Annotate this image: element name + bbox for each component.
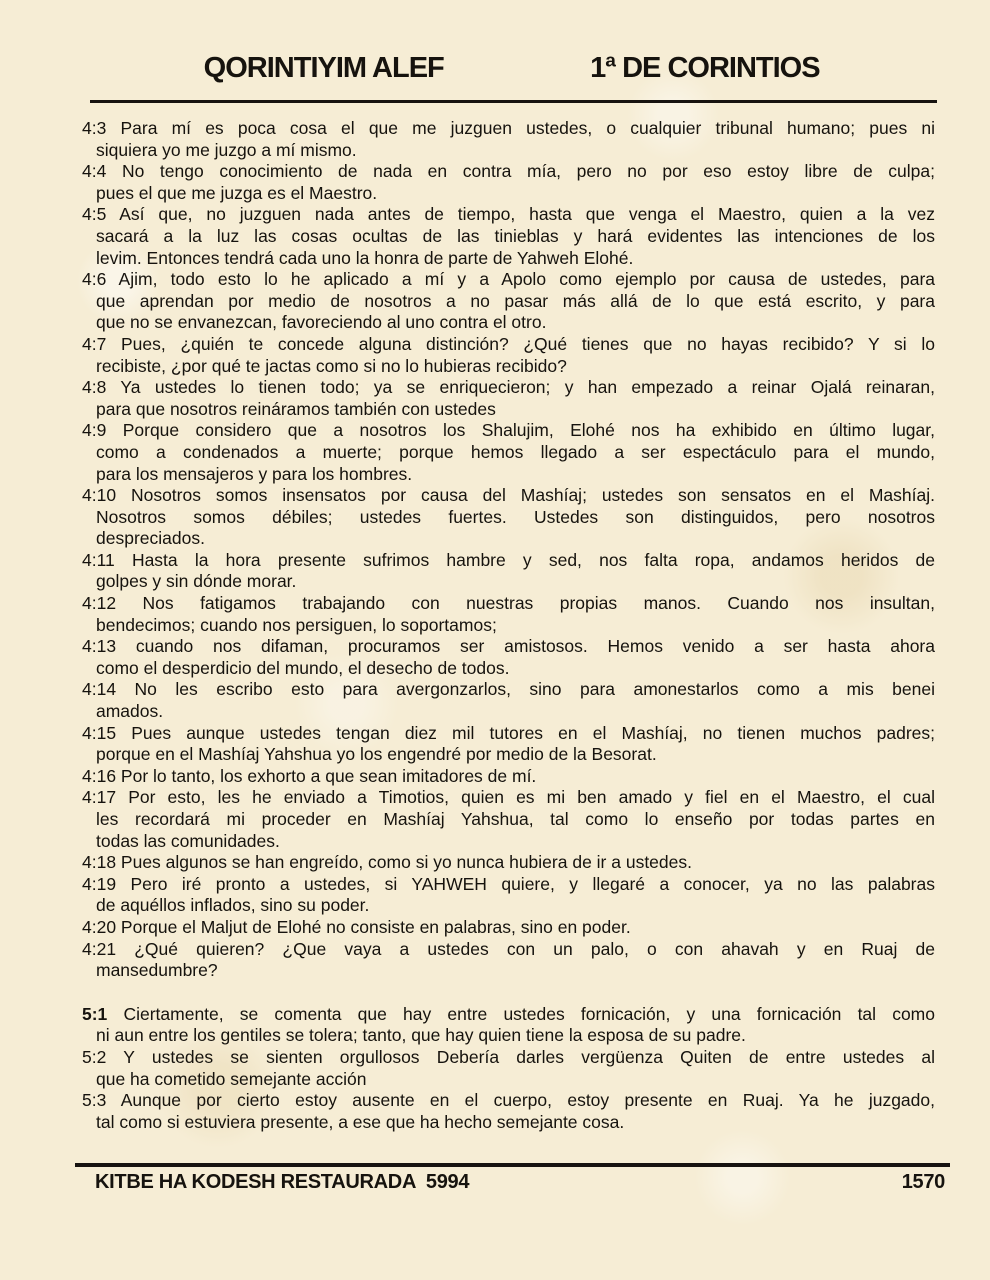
verse-line: sacará a la luz las cosas ocultas de las… <box>82 226 935 248</box>
verse-paragraph: 4:18 Pues algunos se han engreído, como … <box>82 852 935 874</box>
verse-line: recibiste, ¿por qué te jactas como si no… <box>82 356 935 378</box>
verse-paragraph: 5:3 Aunque por cierto estoy ausente en e… <box>82 1090 935 1133</box>
verse-line: 4:6 Ajim, todo esto lo he aplicado a mí … <box>82 269 935 291</box>
verse-line: 4:15 Pues aunque ustedes tengan diez mil… <box>82 723 935 745</box>
verse-ref: 4:11 <box>82 550 115 570</box>
verse-line: mansedumbre? <box>82 960 935 982</box>
verse-ref: 4:7 <box>82 334 106 354</box>
verse-ref: 4:19 <box>82 874 116 894</box>
verse-line: 4:3 Para mí es poca cosa el que me juzgu… <box>82 118 935 140</box>
document-page: QORINTIYIM ALEF 1ª DE CORINTIOS 4:3 Para… <box>0 0 990 1280</box>
verse-paragraph: 4:5 Así que, no juzguen nada antes de ti… <box>82 204 935 269</box>
verse-paragraph: 4:10 Nosotros somos insensatos por causa… <box>82 485 935 550</box>
verse-line: golpes y sin dónde morar. <box>82 571 935 593</box>
verse-line: despreciados. <box>82 528 935 550</box>
verse-line: 4:18 Pues algunos se han engreído, como … <box>82 852 935 874</box>
verse-ref: 4:21 <box>82 939 116 959</box>
verse-line: que aprendan por medio de nosotros a no … <box>82 291 935 313</box>
verse-ref: 4:20 <box>82 917 116 937</box>
verse-paragraph: 4:11 Hasta la hora presente sufrimos ham… <box>82 550 935 593</box>
verse-line: 5:1 Ciertamente, se comenta que hay entr… <box>82 1004 935 1026</box>
verse-line: ni aun entre los gentiles se tolera; tan… <box>82 1025 935 1047</box>
verse-ref: 4:4 <box>82 161 106 181</box>
header-title-spanish: 1ª DE CORINTIOS <box>590 52 819 85</box>
verse-ref: 5:3 <box>82 1090 106 1110</box>
verse-line: 4:5 Así que, no juzguen nada antes de ti… <box>82 204 935 226</box>
verse-line: siquiera yo me juzgo a mí mismo. <box>82 140 935 162</box>
verse-line: 4:20 Porque el Maljut de Elohé no consis… <box>82 917 935 939</box>
verse-paragraph: 4:8 Ya ustedes lo tienen todo; ya se enr… <box>82 377 935 420</box>
verse-paragraph: 4:17 Por esto, les he enviado a Timotios… <box>82 787 935 852</box>
footer-book-title: KITBE HA KODESH RESTAURADA 5994 <box>95 1171 469 1194</box>
verse-line: 4:19 Pero iré pronto a ustedes, si YAHWE… <box>82 874 935 896</box>
verse-line: como a condenados a muerte; porque hemos… <box>82 442 935 464</box>
verse-ref: 4:8 <box>82 377 106 397</box>
verse-paragraph: 5:2 Y ustedes se sienten orgullosos Debe… <box>82 1047 935 1090</box>
verse-line: 4:8 Ya ustedes lo tienen todo; ya se enr… <box>82 377 935 399</box>
verse-ref: 4:9 <box>82 420 106 440</box>
verse-paragraph: 4:9 Porque considero que a nosotros los … <box>82 420 935 485</box>
verse-ref: 4:17 <box>82 787 116 807</box>
verse-ref: 5:1 <box>82 1004 107 1024</box>
verse-line: para los mensajeros y para los hombres. <box>82 464 935 486</box>
verse-paragraph: 4:16 Por lo tanto, los exhorto a que sea… <box>82 766 935 788</box>
verse-line: que no se envanezcan, favoreciendo al un… <box>82 312 935 334</box>
verse-line: para que nosotros reináramos también con… <box>82 399 935 421</box>
verse-line: pues el que me juzga es el Maestro. <box>82 183 935 205</box>
verse-line: 4:4 No tengo conocimiento de nada en con… <box>82 161 935 183</box>
verse-line: 4:21 ¿Qué quieren? ¿Que vaya a ustedes c… <box>82 939 935 961</box>
verse-ref: 4:5 <box>82 204 106 224</box>
verse-paragraph: 5:1 Ciertamente, se comenta que hay entr… <box>82 1004 935 1047</box>
verse-line: 5:3 Aunque por cierto estoy ausente en e… <box>82 1090 935 1112</box>
verse-ref: 4:18 <box>82 852 116 872</box>
verse-ref: 5:2 <box>82 1047 106 1067</box>
verse-paragraph: 4:21 ¿Qué quieren? ¿Que vaya a ustedes c… <box>82 939 935 982</box>
verse-line: como el desperdicio del mundo, el desech… <box>82 658 935 680</box>
verse-line: bendecimos; cuando nos persiguen, lo sop… <box>82 615 935 637</box>
verse-ref: 4:13 <box>82 636 116 656</box>
header-rule <box>90 100 937 103</box>
verse-paragraph: 4:6 Ajim, todo esto lo he aplicado a mí … <box>82 269 935 334</box>
verse-line: levim. Entonces tendrá cada uno la honra… <box>82 248 935 270</box>
verse-ref: 4:12 <box>82 593 116 613</box>
verse-line: 4:9 Porque considero que a nosotros los … <box>82 420 935 442</box>
verse-ref: 4:6 <box>82 269 106 289</box>
verse-paragraph: 4:15 Pues aunque ustedes tengan diez mil… <box>82 723 935 766</box>
verse-ref: 4:10 <box>82 485 116 505</box>
verse-line: porque en el Mashíaj Yahshua yo los enge… <box>82 744 935 766</box>
verse-paragraph: 4:3 Para mí es poca cosa el que me juzgu… <box>82 118 935 161</box>
verse-ref: 4:15 <box>82 723 116 743</box>
verse-line: les recordará mi proceder en Mashíaj Yah… <box>82 809 935 831</box>
verse-line: tal como si estuviera presente, a ese qu… <box>82 1112 935 1134</box>
verse-ref: 4:3 <box>82 118 106 138</box>
verse-paragraph: 4:4 No tengo conocimiento de nada en con… <box>82 161 935 204</box>
verse-line: 4:10 Nosotros somos insensatos por causa… <box>82 485 935 507</box>
verse-line: amados. <box>82 701 935 723</box>
verse-paragraph: 4:13 cuando nos difaman, procuramos ser … <box>82 636 935 679</box>
verse-ref: 4:16 <box>82 766 116 786</box>
verse-paragraph: 4:7 Pues, ¿quién te concede alguna disti… <box>82 334 935 377</box>
verse-line: todas las comunidades. <box>82 831 935 853</box>
verse-paragraph: 4:14 No les escribo esto para avergonzar… <box>82 679 935 722</box>
verse-line: 4:11 Hasta la hora presente sufrimos ham… <box>82 550 935 572</box>
footer-page-number: 1570 <box>902 1171 945 1194</box>
verse-line: de aquéllos inflados, sino su poder. <box>82 895 935 917</box>
verse-line: 4:13 cuando nos difaman, procuramos ser … <box>82 636 935 658</box>
verse-line: 4:12 Nos fatigamos trabajando con nuestr… <box>82 593 935 615</box>
footer-rule <box>75 1163 950 1167</box>
verse-line: 4:17 Por esto, les he enviado a Timotios… <box>82 787 935 809</box>
verse-paragraph: 4:20 Porque el Maljut de Elohé no consis… <box>82 917 935 939</box>
verse-line: Nosotros somos débiles; ustedes fuertes.… <box>82 507 935 529</box>
verse-line: que ha cometido semejante acción <box>82 1069 935 1091</box>
verse-list: 4:3 Para mí es poca cosa el que me juzgu… <box>82 118 935 1133</box>
header-title-hebrew: QORINTIYIM ALEF <box>204 52 444 85</box>
verse-line: 4:16 Por lo tanto, los exhorto a que sea… <box>82 766 935 788</box>
verse-line: 4:7 Pues, ¿quién te concede alguna disti… <box>82 334 935 356</box>
verse-line: 5:2 Y ustedes se sienten orgullosos Debe… <box>82 1047 935 1069</box>
verse-line: 4:14 No les escribo esto para avergonzar… <box>82 679 935 701</box>
verse-paragraph: 4:12 Nos fatigamos trabajando con nuestr… <box>82 593 935 636</box>
verse-paragraph: 4:19 Pero iré pronto a ustedes, si YAHWE… <box>82 874 935 917</box>
verse-ref: 4:14 <box>82 679 116 699</box>
